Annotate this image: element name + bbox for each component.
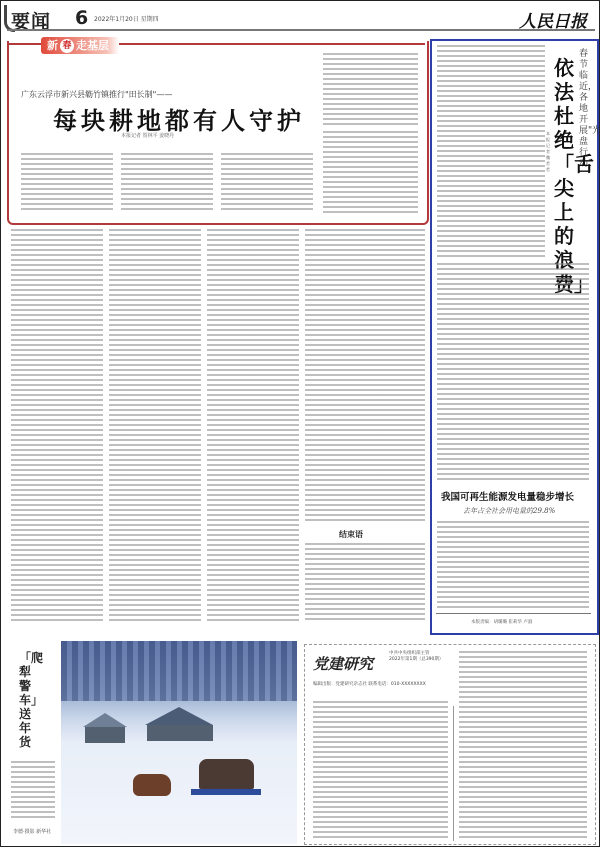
page-number: 6 [75,7,88,29]
header-rule [7,29,595,31]
cabin [85,727,125,743]
feature-body-text [21,153,113,213]
news-brief-title[interactable]: 我国可再生能源发电量稳步增长 [441,489,574,503]
sleigh-riders [199,759,254,789]
side-column-body [11,761,55,821]
side-column-title[interactable]: 「爬犁警车」送年货 [19,651,35,749]
editors-line: 本版责编：胡璐璐 崔莉华 卢淑 [471,619,532,625]
feature-byline: 本报记者 贺林平 姜晓丹 [121,132,174,139]
research-toc-right [459,651,587,839]
body-column-1 [11,229,103,621]
body-column-4b [305,543,425,623]
feature-body-text [323,131,418,213]
research-divider [453,706,454,841]
cabin [147,725,213,741]
spring-emblem-icon: 春 [60,39,74,53]
research-toc-left [313,701,448,839]
forest-background [61,641,297,701]
snow-sleigh-photo[interactable] [61,641,297,844]
cabin-roof [83,713,127,727]
news-brief-subtitle: 去年占全社会用电量的29.8% [463,506,555,516]
research-issue: 2022年第1期（总390期） [389,657,443,663]
lead-headline[interactable]: 依法杜绝「舌尖上的浪费」 [554,56,576,296]
newspaper-page: 要闻 6 2022年1月20日 星期四 人民日报 新春走基层 广东云浮市新兴县簕… [0,0,600,847]
horse [133,774,171,796]
inline-section-head: 结束语 [339,529,363,540]
research-info: 中共中央组织部主管 2022年第1期（总390期） [389,651,443,663]
column-tag-prefix: 新 [47,39,58,52]
lead-body-text [437,263,589,481]
lead-byline: 本报记者 魏哲哲 [546,131,552,173]
lead-body-text [437,45,545,260]
issue-date: 2022年1月20日 星期四 [94,14,159,23]
body-column-2 [109,229,201,621]
column-tag: 新春走基层 [41,37,119,54]
feature-body-text [121,153,213,213]
lead-bottom-rule [436,613,591,614]
photo-credit: 李德·摄影 新华社 [13,828,51,835]
body-column-3 [207,229,299,621]
feature-body-text [221,153,313,213]
cabin-roof [145,707,213,725]
feature-kicker: 广东云浮市新兴县簕竹镇推行"田长制"—— [21,89,172,100]
feature-headline[interactable]: 每块耕地都有人守护 [53,101,305,136]
news-brief-body [437,521,589,609]
body-column-4 [305,229,425,521]
sleigh [191,789,261,795]
feature-body-text [323,53,418,125]
research-logo: 党建研究 [313,653,373,674]
research-contact: 编辑出版：党建研究杂志社 联系电话：010-XXXXXXXX [313,682,426,688]
column-tag-suffix: 走基层 [76,39,109,52]
